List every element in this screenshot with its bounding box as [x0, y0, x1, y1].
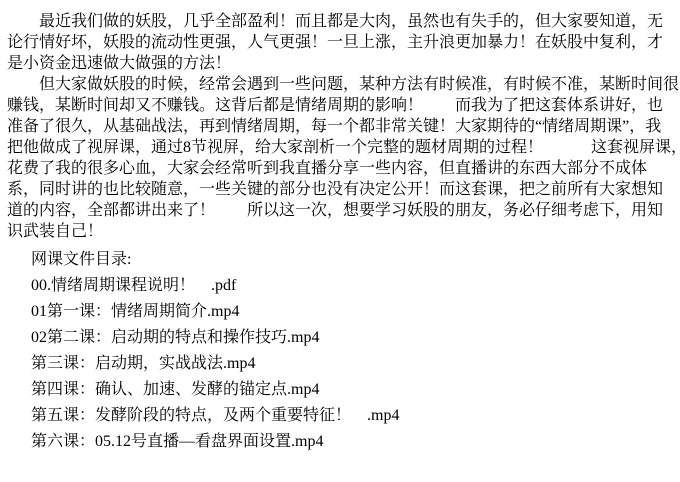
- text-line: 花费了我的很多心血，大家会经常听到我直播分享一些内容，但直播讲的东西大部分不成体: [7, 158, 674, 179]
- document-body: 最近我们做的妖股，几乎全部盈利！而且都是大肉，虽然也有失手的，但大家要知道，无 …: [7, 11, 674, 242]
- text-line: 论行情好坏，妖股的流动性更强，人气更强！一旦上涨，主升浪更加暴力！在妖股中复利，…: [7, 32, 674, 53]
- file-list-item-lesson-4: 第四课：确认、加速、发酵的锚定点.mp4: [31, 377, 674, 403]
- text-line: 把他做成了视屏课，通过8节视屏，给大家剖析一个完整的题材周期的过程！ 这套视屏课…: [7, 137, 674, 158]
- text-line: 道的内容，全部都讲出来了！ 所以这一次，想要学习妖股的朋友，务必仔细考虑下，用知: [7, 200, 674, 221]
- file-list-item-lesson-6: 第六课：05.12号直播—看盘界面设置.mp4: [31, 429, 674, 455]
- file-list: 00.情绪周期课程说明！ .pdf 01第一课：情绪周期简介.mp4 02第二课…: [31, 273, 674, 455]
- text-line: 准备了很久，从基础战法，再到情绪周期，每一个都非常关键！大家期待的“情绪周期课”…: [7, 116, 674, 137]
- text-line: 系，同时讲的也比较随意，一些关键的部分也没有决定公开！而这套课，把之前所有大家想…: [7, 179, 674, 200]
- course-catalog: 网课文件目录: 00.情绪周期课程说明！ .pdf 01第一课：情绪周期简介.m…: [7, 247, 674, 455]
- text-line: 赚钱，某断时间却又不赚钱。这背后都是情绪周期的影响！ 而我为了把这套体系讲好，也: [7, 95, 674, 116]
- file-list-item-lesson-1: 01第一课：情绪周期简介.mp4: [31, 299, 674, 325]
- file-list-item-lesson-3: 第三课：启动期，实战战法.mp4: [31, 351, 674, 377]
- text-line: 但大家做妖股的时候，经常会遇到一些问题，某种方法有时候准，有时候不准，某断时间很: [7, 74, 674, 95]
- text-line: 是小资金迅速做大做强的方法！: [7, 53, 674, 74]
- file-list-item-lesson-5: 第五课：发酵阶段的特点，及两个重要特征！ .mp4: [31, 403, 674, 429]
- paragraph-course-description: 但大家做妖股的时候，经常会遇到一些问题，某种方法有时候准，有时候不准，某断时间很…: [7, 74, 674, 242]
- text-line: 最近我们做的妖股，几乎全部盈利！而且都是大肉，虽然也有失手的，但大家要知道，无: [7, 11, 674, 32]
- file-list-item-pdf-intro: 00.情绪周期课程说明！ .pdf: [31, 273, 674, 299]
- document-page: 最近我们做的妖股，几乎全部盈利！而且都是大肉，虽然也有失手的，但大家要知道，无 …: [0, 0, 680, 482]
- catalog-heading: 网课文件目录:: [31, 247, 674, 273]
- paragraph-intro: 最近我们做的妖股，几乎全部盈利！而且都是大肉，虽然也有失手的，但大家要知道，无 …: [7, 11, 674, 74]
- text-line: 识武装自己！: [7, 221, 674, 242]
- file-list-item-lesson-2: 02第二课：启动期的特点和操作技巧.mp4: [31, 325, 674, 351]
